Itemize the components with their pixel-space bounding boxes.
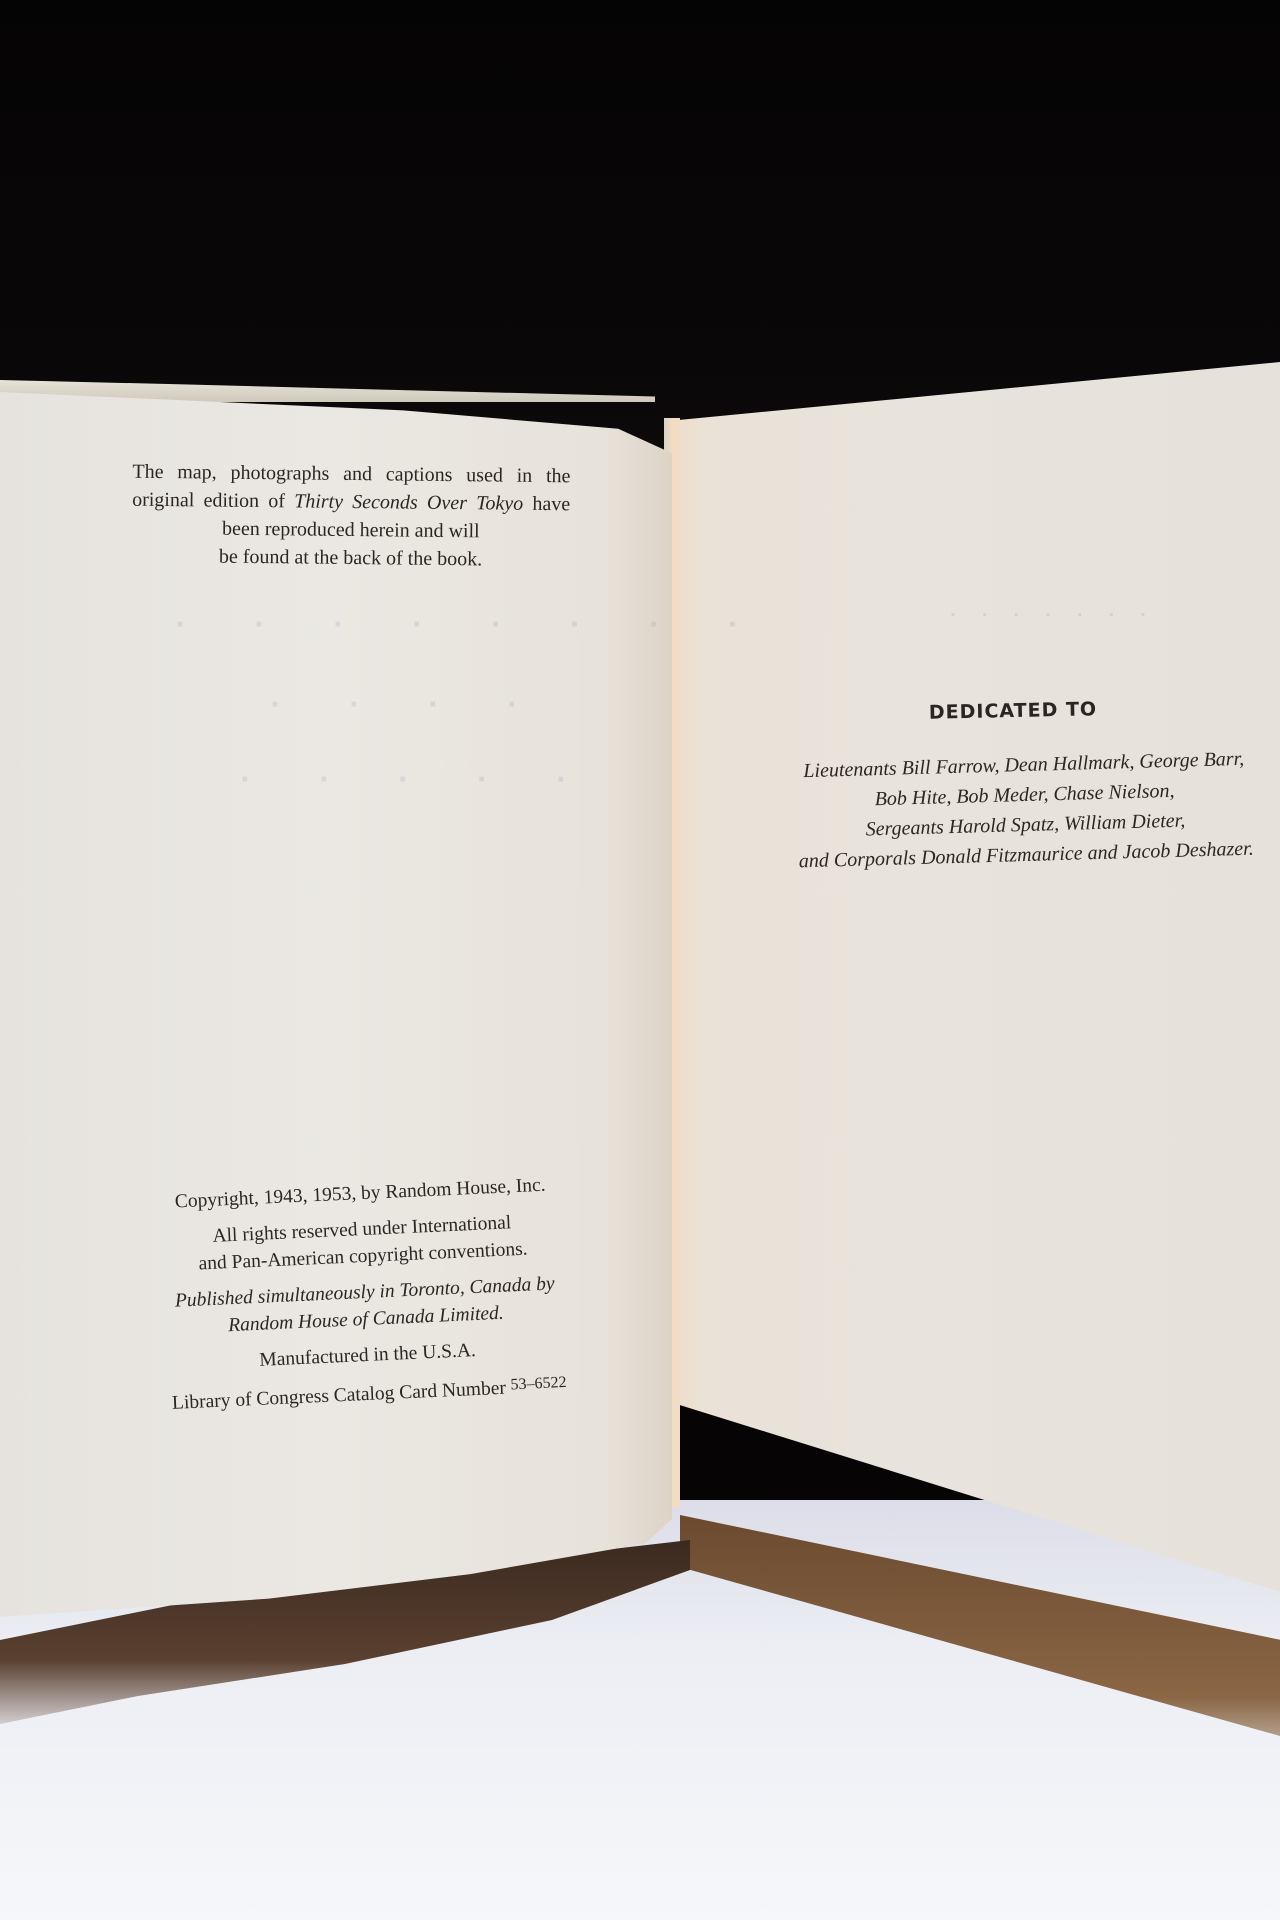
- rights-statement: All rights reserved under International …: [117, 1205, 609, 1281]
- copyright-block: Copyright, 1943, 1953, by Random House, …: [115, 1169, 615, 1428]
- note-line: be found at the back of the book.: [219, 546, 482, 571]
- left-page: [0, 392, 672, 1617]
- show-through-text: · · · · · · ·: [950, 605, 1156, 624]
- illustrations-note: The map, photographs and captions used i…: [131, 458, 570, 575]
- show-through-text: · · · · · · · ·: [175, 610, 767, 640]
- catalog-label: Library of Congress Catalog Card Number: [172, 1378, 507, 1414]
- show-through-text: · · · ·: [270, 690, 547, 720]
- published-statement: Published simultaneously in Toronto, Can…: [119, 1268, 611, 1344]
- note-line: The map, photographs and captions used i…: [132, 461, 532, 487]
- right-page: [668, 362, 1280, 1592]
- catalog-number: 53–6522: [510, 1374, 567, 1394]
- show-through-text: · · · · ·: [240, 765, 596, 795]
- book-title: Thirty Seconds Over: [294, 490, 467, 514]
- dedication-names: Lieutenants Bill Farrow, Dean Hallmark, …: [743, 742, 1280, 878]
- book-title: Tokyo: [476, 492, 523, 514]
- published-line: Random House of Canada Limited.: [228, 1303, 504, 1336]
